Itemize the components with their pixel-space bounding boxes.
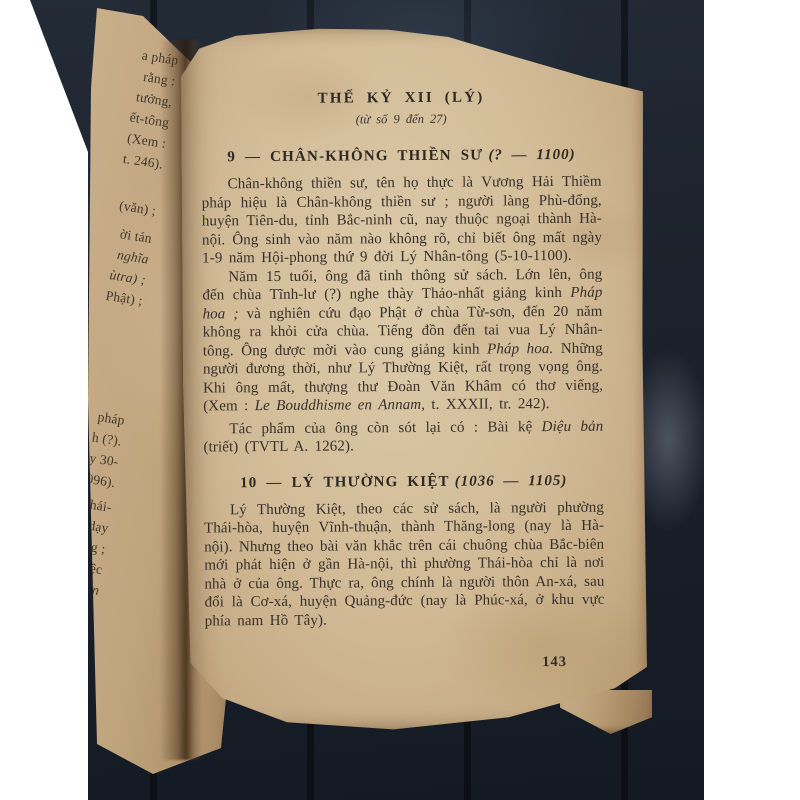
left-page-text-fragment: pháp (4, 392, 126, 431)
section-9-heading-text: 9 — CHÂN-KHÔNG THIỀN SƯ (227, 148, 483, 166)
section-10-heading: 10 — LÝ THƯỜNG KIỆT(1036 — 1105) (204, 470, 604, 493)
section-9-heading: 9 — CHÂN-KHÔNG THIỀN SƯ(? — 1100) (201, 145, 601, 168)
section-10: 10 — LÝ THƯỜNG KIỆT(1036 — 1105) Lý Thườ… (204, 470, 605, 630)
left-page-text-fragment: Xuân (0, 602, 95, 641)
photo-canvas: a pháprằng :tưởng,ết-tông(Xem :t. 246).(… (0, 0, 800, 800)
section-9-paragraph-1: Chân-không thiền sư, tên họ thực là Vươn… (202, 173, 603, 268)
section-9-paragraph-2: Năm 15 tuổi, ông đã tinh thông sử sách. … (202, 265, 603, 416)
section-9-paragraph-3: Tác phẩm của ông còn sót lại có : Bài kệ… (203, 417, 603, 457)
page-number: 143 (205, 654, 605, 674)
chapter-title: THẾ KỶ XII (LÝ) (201, 87, 601, 110)
left-page-text-fragment: lục (0, 623, 92, 662)
section-10-heading-text: 10 — LÝ THƯỜNG KIỆT (240, 473, 450, 490)
right-page: THẾ KỶ XII (LÝ) (từ số 9 đến 27) 9 — CHÂ… (181, 24, 648, 733)
left-page-text-fragment: e en (0, 562, 101, 601)
left-page-text-fragment: (văn) ; (36, 183, 158, 222)
section-9-dates: (? — 1100) (488, 147, 575, 164)
page-content: THẾ KỶ XII (LÝ) (từ số 9 đến 27) 9 — CHÂ… (201, 87, 605, 674)
chapter-subtitle: (từ số 9 đến 27) (201, 109, 601, 130)
section-10-dates: (1036 — 1105) (455, 472, 568, 489)
section-9: 9 — CHÂN-KHÔNG THIỀN SƯ(? — 1100) Chân-k… (201, 145, 603, 457)
section-10-paragraph-1: Lý Thường Kiệt, theo các sử sách, là ngư… (204, 498, 605, 630)
